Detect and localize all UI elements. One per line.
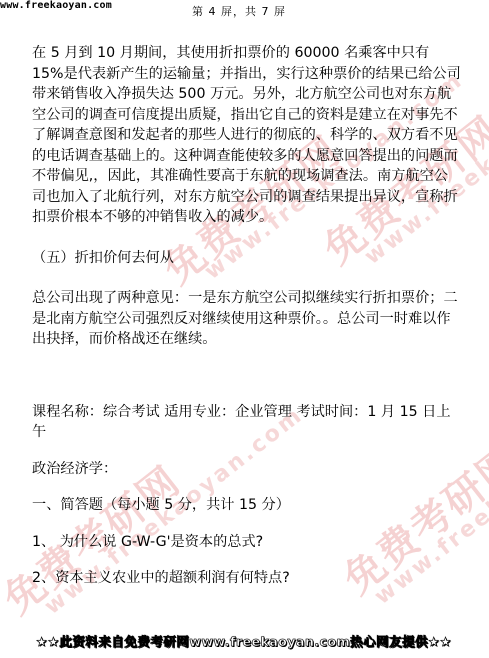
paragraph: 总公司出现了两种意见：一是东方航空公司拟继续实行折扣票价；二是北南方航空公司强烈… bbox=[32, 288, 462, 350]
paragraph: 在 5 月到 10 月期间，其使用折扣票价的 60000 名乘客中只有 15%是… bbox=[32, 43, 462, 228]
subject-title: 政治经济学： bbox=[32, 459, 462, 480]
section-heading: （五）折扣价何去何从 bbox=[32, 248, 462, 269]
document-body: 在 5 月到 10 月期间，其使用折扣票价的 60000 名乘客中只有 15%是… bbox=[32, 43, 462, 589]
question-item: 1、 为什么说 G-W-G'是资本的总式? bbox=[32, 532, 462, 553]
question-item: 2、资本主义农业中的超额利润有何特点? bbox=[32, 568, 462, 589]
page-indicator: 第 4 屏，共 7 屏 bbox=[192, 3, 286, 19]
footer-credit: ★★此资料来自免费考研网www.freekaoyan.com热心网友提供★★ bbox=[36, 632, 452, 650]
question-section-heading: 一、简答题（每小题 5 分，共计 15 分） bbox=[32, 495, 462, 516]
site-url: www.freekaoyan.com bbox=[0, 0, 112, 11]
course-info: 课程名称：综合考试 适用专业：企业管理 考试时间：1 月 15 日上午 bbox=[32, 402, 462, 443]
